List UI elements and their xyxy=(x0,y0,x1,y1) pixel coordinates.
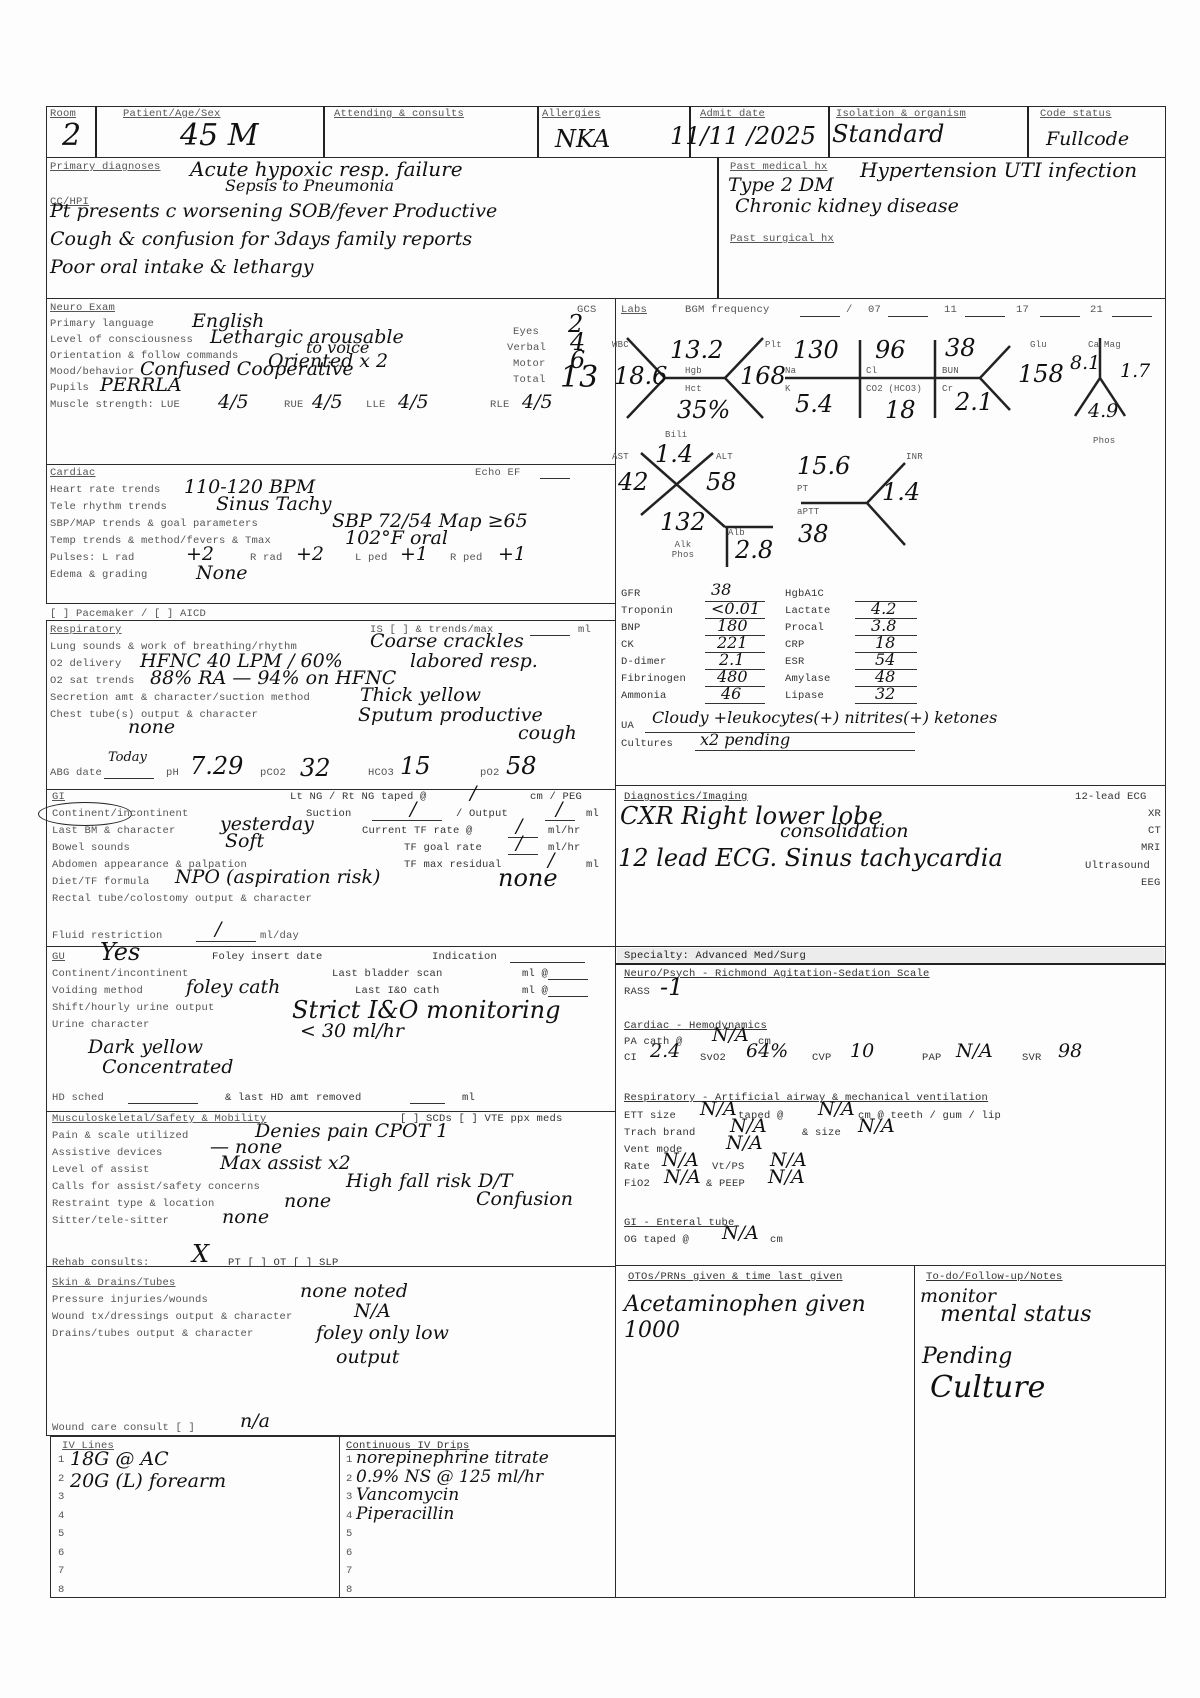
bladder-scan-unit: ml @ xyxy=(522,968,548,980)
ci-value[interactable]: 2.4 xyxy=(650,1040,680,1062)
list-item: 5 xyxy=(346,1526,611,1545)
diagnostics-line3[interactable]: 12 lead ECG. Sinus tachycardia xyxy=(618,844,1003,872)
svr-value[interactable]: 98 xyxy=(1058,1040,1082,1062)
svo2-label: SvO2 xyxy=(700,1052,726,1064)
muscle-strength-label: Muscle strength: LUE xyxy=(50,399,180,411)
tele-value[interactable]: Sinus Tachy xyxy=(216,493,332,515)
resp-airway-title: Respiratory - Artificial airway & mechan… xyxy=(624,1092,988,1104)
todo-line2[interactable]: mental status xyxy=(940,1302,1092,1327)
diagnostics-line2[interactable]: consolidation xyxy=(780,820,909,842)
list-item: 8 xyxy=(58,1582,328,1601)
verbal-label: Verbal xyxy=(507,342,546,354)
total-value[interactable]: 13 xyxy=(560,360,598,395)
motor-label: Motor xyxy=(513,358,546,370)
misc-labs-left: GFR38 Troponin<0.01 BNP180 CK221 D-dimer… xyxy=(621,586,781,705)
cl-value[interactable]: 96 xyxy=(875,336,906,364)
og-taped-label: OG taped @ xyxy=(624,1234,689,1246)
lab-row: Ammonia46 xyxy=(621,688,781,705)
list-item: 220G (L) forearm xyxy=(58,1471,328,1490)
list-item: 7 xyxy=(58,1563,328,1582)
pulses-label: Pulses: L rad xyxy=(50,552,135,564)
specialty-title: Specialty: Advanced Med/Surg xyxy=(624,950,806,962)
plt-label: Plt xyxy=(765,340,782,350)
pap-value[interactable]: N/A xyxy=(956,1040,993,1062)
secretion-value[interactable]: Thick yellow xyxy=(360,684,481,706)
admit-date-value[interactable]: 11/11 /2025 xyxy=(670,122,816,150)
tf-max-unit: ml xyxy=(586,859,599,871)
bladder-scan-label: Last bladder scan xyxy=(332,968,443,980)
list-item: 3 xyxy=(58,1489,328,1508)
allergies-label: Allergies xyxy=(542,108,601,120)
bun-value[interactable]: 38 xyxy=(945,334,976,362)
rehab-pt-checkmark[interactable]: X xyxy=(192,1240,209,1268)
imaging-type-ultrasound[interactable]: Ultrasound xyxy=(1085,860,1150,872)
indication-label: Indication xyxy=(432,951,497,963)
pmh-line1[interactable]: Hypertension UTI infection xyxy=(860,158,1137,182)
temp-label: Temp trends & method/fevers & Tmax xyxy=(50,535,271,547)
trach-size-value[interactable]: N/A xyxy=(858,1115,895,1137)
lab-row: ESR54 xyxy=(785,654,945,671)
ast-label: AST xyxy=(612,452,629,462)
ua-value[interactable]: Cloudy +leukocytes(+) nitrites(+) ketone… xyxy=(652,708,997,727)
rle-label: RLE xyxy=(490,399,510,411)
rass-label: RASS xyxy=(624,986,650,998)
lle-value[interactable]: 4/5 xyxy=(398,391,429,413)
list-item: 4 xyxy=(58,1508,328,1527)
alk-phos-label: Alk Phos xyxy=(668,540,698,560)
k-label: K xyxy=(785,384,791,394)
lue-value[interactable]: 4/5 xyxy=(218,391,249,413)
alt-label: ALT xyxy=(716,452,733,462)
cvp-label: CVP xyxy=(812,1052,832,1064)
gi-title: GI xyxy=(52,791,65,803)
fio2-label: FiO2 xyxy=(624,1178,650,1190)
language-label: Primary language xyxy=(50,318,154,330)
labs-title: Labs xyxy=(621,304,647,316)
assist-level-label: Level of assist xyxy=(52,1164,150,1176)
lab-row: CK221 xyxy=(621,637,781,654)
total-label: Total xyxy=(513,374,546,386)
pt-value[interactable]: 15.6 xyxy=(797,452,850,480)
gi-enteral-title: GI - Enteral tube xyxy=(624,1217,735,1229)
l-ped-label: L ped xyxy=(355,552,388,564)
pacemaker-aicd-label[interactable]: [ ] Pacemaker / [ ] AICD xyxy=(50,608,206,620)
bili-label: Bili xyxy=(665,430,687,440)
aptt-value[interactable]: 38 xyxy=(798,520,829,548)
lab-row: Troponin<0.01 xyxy=(621,603,781,620)
hco3-label: HCO3 xyxy=(368,767,394,779)
ca-value[interactable]: 8.1 xyxy=(1070,352,1100,374)
voiding-value[interactable]: foley cath xyxy=(186,976,280,998)
cc-hpi-line1[interactable]: Pt presents c worsening SOB/fever Produc… xyxy=(50,200,497,222)
na-label: Na xyxy=(785,366,796,376)
iv-drips-list: 1norepinephrine titrate 20.9% NS @ 125 m… xyxy=(346,1452,611,1600)
prn-line2[interactable]: 1000 xyxy=(624,1318,680,1343)
ett-size-label: ETT size xyxy=(624,1110,676,1122)
lab-row: Fibrinogen480 xyxy=(621,671,781,688)
bun-label: BUN xyxy=(942,366,959,376)
ci-label: CI xyxy=(624,1052,637,1064)
drains-label: Drains/tubes output & character xyxy=(52,1328,254,1340)
pco2-value[interactable]: 32 xyxy=(300,754,331,782)
allergies-value[interactable]: NKA xyxy=(555,125,610,153)
pmh-line3[interactable]: Chronic kidney disease xyxy=(735,195,959,217)
foley-date-label: Foley insert date xyxy=(212,951,323,963)
gu-value[interactable]: Yes xyxy=(100,938,140,966)
tf-max-label: TF max residual xyxy=(404,859,502,871)
list-item: 8 xyxy=(346,1582,611,1601)
secretion-value-2[interactable]: Sputum productive xyxy=(358,704,543,726)
og-taped-unit: cm xyxy=(770,1234,783,1246)
hd-sched-label: HD sched xyxy=(52,1092,104,1104)
alb-value[interactable]: 2.8 xyxy=(735,536,773,564)
vent-mode-value[interactable]: N/A xyxy=(726,1132,763,1154)
diet-label: Diet/TF formula xyxy=(52,876,150,888)
glu-value[interactable]: 158 xyxy=(1018,360,1064,388)
imaging-type-mri[interactable]: MRI xyxy=(1141,842,1161,854)
urine-character-value[interactable]: Dark yellow xyxy=(88,1036,203,1058)
abg-date-value[interactable]: Today xyxy=(108,750,147,765)
hgb-value[interactable]: 13.2 xyxy=(670,336,723,364)
list-item: 118G @ AC xyxy=(58,1452,328,1471)
ett-taped-value[interactable]: N/A xyxy=(818,1098,855,1120)
rate-label: Rate xyxy=(624,1161,650,1173)
patient-value[interactable]: 45 M xyxy=(180,118,258,153)
plt-value[interactable]: 168 xyxy=(740,362,786,390)
pressure-injury-value[interactable]: none noted xyxy=(300,1280,408,1302)
na-value[interactable]: 130 xyxy=(793,336,839,364)
pco2-label: pCO2 xyxy=(260,767,286,779)
ua-label: UA xyxy=(621,720,634,732)
cr-value[interactable]: 2.1 xyxy=(955,388,993,416)
neuro-title: Neuro Exam xyxy=(50,302,115,314)
cvp-value[interactable]: 10 xyxy=(850,1040,874,1062)
l-ped-value[interactable]: +1 xyxy=(400,543,428,565)
pressure-injury-label: Pressure injuries/wounds xyxy=(52,1294,208,1306)
diet-value[interactable]: NPO (aspiration risk) xyxy=(175,866,380,888)
inr-label: INR xyxy=(906,452,923,462)
pt-label: PT xyxy=(797,484,808,494)
hco3-value[interactable]: 15 xyxy=(400,752,431,780)
cl-label: Cl xyxy=(866,366,877,376)
trach-brand-label: Trach brand xyxy=(624,1127,696,1139)
urine-character-label: Urine character xyxy=(52,1019,150,1031)
fluid-restriction-slash[interactable]: / xyxy=(215,918,221,940)
list-item: 5 xyxy=(58,1526,328,1545)
chest-tube-value[interactable]: none xyxy=(128,716,175,738)
assist-level-value[interactable]: Max assist x2 xyxy=(220,1152,351,1174)
pain-value[interactable]: Denies pain CPOT 1 xyxy=(255,1120,448,1142)
alk-phos-value[interactable]: 132 xyxy=(660,508,706,536)
lung-sounds-value[interactable]: Coarse crackles xyxy=(370,630,524,652)
lab-row: Lipase32 xyxy=(785,688,945,705)
edema-label: Edema & grading xyxy=(50,569,148,581)
cultures-label: Cultures xyxy=(621,738,673,750)
bgm-label: BGM frequency xyxy=(685,304,770,316)
attending-label: Attending & consults xyxy=(334,108,464,120)
bgm-time-11: 11 xyxy=(944,304,957,316)
cardiac-title: Cardiac xyxy=(50,467,96,479)
list-item: 7 xyxy=(346,1563,611,1582)
hd-removed-label: & last HD amt removed xyxy=(225,1092,362,1104)
ph-label: pH xyxy=(166,767,179,779)
lab-row: Procal3.8 xyxy=(785,620,945,637)
rectal-tube-label: Rectal tube/colostomy output & character xyxy=(52,893,312,905)
gi-continent-label[interactable]: Continent/incontinent xyxy=(52,808,189,820)
phos-value[interactable]: 4.9 xyxy=(1088,400,1118,422)
tf-rate-label: Current TF rate @ xyxy=(362,825,473,837)
tf-goal-label: TF goal rate xyxy=(404,842,482,854)
edema-value[interactable]: None xyxy=(196,562,248,584)
phos-label: Phos xyxy=(1093,436,1115,446)
imaging-type-ct[interactable]: CT xyxy=(1148,825,1161,837)
temp-value[interactable]: 102°F oral xyxy=(345,527,448,549)
urine-output-label: Shift/hourly urine output xyxy=(52,1002,215,1014)
suction-slash[interactable]: / xyxy=(410,798,416,820)
imaging-type-12-lead-ecg[interactable]: 12-lead ECG xyxy=(1075,791,1147,803)
ng-tube-label: Lt NG / Rt NG taped @ xyxy=(290,791,427,803)
trach-size-label: & size xyxy=(802,1127,841,1139)
nursing-report-sheet: Room 2 Patient/Age/Sex 45 M Attending & … xyxy=(0,0,1200,1698)
psh-label: Past surgical hx xyxy=(730,233,834,245)
aptt-label: aPTT xyxy=(797,507,819,517)
o2-delivery-label: O2 delivery xyxy=(50,658,122,670)
musculo-title: Musculoskeletal/Safety & Mobility xyxy=(52,1113,267,1125)
wound-care-consult-label[interactable]: Wound care consult [ ] xyxy=(52,1422,195,1434)
bgm-time-07: 07 xyxy=(868,304,881,316)
pupils-value[interactable]: PERRLA xyxy=(100,374,182,396)
primary-diagnosis-label: Primary diagnoses xyxy=(50,161,161,173)
todo-line3[interactable]: Pending xyxy=(922,1344,1012,1369)
svo2-value[interactable]: 64% xyxy=(746,1040,788,1062)
co2-label: CO2 (HCO3) xyxy=(866,384,922,394)
imaging-type-xr[interactable]: XR xyxy=(1148,808,1161,820)
lab-row: CRP18 xyxy=(785,637,945,654)
lab-row: HgbA1C xyxy=(785,586,945,603)
output-label: / Output xyxy=(456,808,508,820)
imaging-type-eeg[interactable]: EEG xyxy=(1141,877,1161,889)
loc-label: Level of consciousness xyxy=(50,334,193,346)
sitter-label: Sitter/tele-sitter xyxy=(52,1215,169,1227)
secretion-label: Secretion amt & character/suction method xyxy=(50,692,310,704)
k-value[interactable]: 5.4 xyxy=(795,390,833,418)
r-ped-label: R ped xyxy=(450,552,483,564)
echo-ef-label: Echo EF xyxy=(475,467,521,479)
drains-value-2[interactable]: output xyxy=(336,1346,399,1368)
peep-label: & PEEP xyxy=(706,1178,745,1190)
tele-label: Tele rhythm trends xyxy=(50,501,167,513)
calls-value-2[interactable]: Confusion xyxy=(476,1188,573,1210)
ng-tube-slash[interactable]: / xyxy=(470,782,476,804)
po2-label: pO2 xyxy=(480,767,500,779)
wound-tx-value[interactable]: N/A xyxy=(354,1300,391,1322)
peep-value[interactable]: N/A xyxy=(768,1166,805,1188)
restraint-value[interactable]: none xyxy=(284,1190,331,1212)
list-item: 6 xyxy=(58,1545,328,1564)
list-item: 6 xyxy=(346,1545,611,1564)
rle-value[interactable]: 4/5 xyxy=(522,391,553,413)
pap-label: PAP xyxy=(922,1052,942,1064)
diet-note[interactable]: none xyxy=(498,864,558,892)
r-rad-value[interactable]: +2 xyxy=(296,543,324,565)
pain-label: Pain & scale utilized xyxy=(52,1130,189,1142)
ca-label: Ca xyxy=(1088,340,1099,350)
isolation-value[interactable]: Standard xyxy=(832,120,944,148)
output-unit: ml xyxy=(586,808,599,820)
r-rad-label: R rad xyxy=(250,552,283,564)
co2-value[interactable]: 18 xyxy=(885,396,916,424)
cc-hpi-line2[interactable]: Cough & confusion for 3days family repor… xyxy=(50,228,472,250)
tf-rate-unit: ml/hr xyxy=(548,825,581,837)
hd-removed-unit: ml xyxy=(462,1092,475,1104)
bgm-time-17: 17 xyxy=(1016,304,1029,316)
bgm-time-21: 21 xyxy=(1090,304,1103,316)
pa-cath-value[interactable]: N/A xyxy=(712,1024,749,1046)
last-bm-value-2[interactable]: Soft xyxy=(225,830,264,852)
ph-value[interactable]: 7.29 xyxy=(190,752,243,780)
fio2-value[interactable]: N/A xyxy=(664,1166,701,1188)
hgb-label: Hgb xyxy=(685,366,702,376)
hct-value[interactable]: 35% xyxy=(677,396,730,424)
inr-value[interactable]: 1.4 xyxy=(882,478,920,506)
voiding-label: Voiding method xyxy=(52,985,143,997)
svr-label: SVR xyxy=(1022,1052,1042,1064)
wbc-label: WBC xyxy=(612,340,629,350)
mag-value[interactable]: 1.7 xyxy=(1120,360,1150,382)
alt-value[interactable]: 58 xyxy=(706,468,737,496)
wound-care-consult-value[interactable]: n/a xyxy=(240,1410,270,1432)
urine-output-value-2[interactable]: < 30 ml/hr xyxy=(300,1020,404,1042)
admit-date-label: Admit date xyxy=(700,108,765,120)
list-item: 4Piperacillin xyxy=(346,1508,611,1527)
secretion-value-3[interactable]: cough xyxy=(518,722,577,744)
urine-character-value-2[interactable]: Concentrated xyxy=(102,1056,233,1078)
o2-sat-label: O2 sat trends xyxy=(50,675,135,687)
prn-line1[interactable]: Acetaminophen given xyxy=(624,1292,866,1317)
pupils-label: Pupils xyxy=(50,382,89,394)
cultures-value[interactable]: x2 pending xyxy=(700,730,790,749)
tf-goal-slash[interactable]: / xyxy=(516,832,522,854)
hct-label: Hct xyxy=(685,384,702,394)
glu-label: Glu xyxy=(1030,340,1047,350)
is-unit: ml xyxy=(578,624,591,636)
rue-label: RUE xyxy=(284,399,304,411)
lab-row: Lactate4.2 xyxy=(785,603,945,620)
misc-labs-right: HgbA1C Lactate4.2 Procal3.8 CRP18 ESR54 … xyxy=(785,586,945,705)
hr-label: Heart rate trends xyxy=(50,484,161,496)
respiratory-title: Respiratory xyxy=(50,624,122,636)
todo-title: To-do/Follow-up/Notes xyxy=(926,1271,1063,1283)
bili-value[interactable]: 1.4 xyxy=(655,440,693,468)
sitter-value[interactable]: none xyxy=(222,1206,269,1228)
mag-label: Mag xyxy=(1104,340,1121,350)
rue-value[interactable]: 4/5 xyxy=(312,391,343,413)
output-slash[interactable]: / xyxy=(556,798,562,820)
calls-label: Calls for assist/safety concerns xyxy=(52,1181,260,1193)
pmh-line2[interactable]: Type 2 DM xyxy=(728,174,834,196)
iv-lines-list: 118G @ AC 220G (L) forearm 3 4 5 6 7 8 xyxy=(58,1452,328,1600)
assistive-label: Assistive devices xyxy=(52,1147,163,1159)
rass-value[interactable]: -1 xyxy=(660,973,683,1001)
primary-diagnosis-line2[interactable]: Sepsis to Pneumonia xyxy=(225,176,394,195)
lab-row: Amylase48 xyxy=(785,671,945,688)
po2-value[interactable]: 58 xyxy=(506,752,537,780)
bowel-sounds-label: Bowel sounds xyxy=(52,842,130,854)
prn-title: OTOs/PRNs given & time last given xyxy=(628,1271,843,1283)
skin-title: Skin & Drains/Tubes xyxy=(52,1277,176,1289)
code-status-label: Code status xyxy=(1040,108,1112,120)
vt-ps-label: Vt/PS xyxy=(712,1161,745,1173)
og-taped-value[interactable]: N/A xyxy=(722,1222,759,1244)
todo-line4[interactable]: Culture xyxy=(930,1370,1045,1405)
abg-date-label: ABG date xyxy=(50,767,102,779)
wound-tx-label: Wound tx/dressings output & character xyxy=(52,1311,293,1323)
drains-value[interactable]: foley only low xyxy=(316,1322,449,1344)
fluid-restriction-unit: ml/day xyxy=(260,930,299,942)
wbc-value[interactable]: 18.6 xyxy=(614,362,667,390)
restraint-label: Restraint type & location xyxy=(52,1198,215,1210)
lle-label: LLE xyxy=(366,399,386,411)
isolation-label: Isolation & organism xyxy=(836,108,966,120)
pmh-label: Past medical hx xyxy=(730,161,828,173)
gu-title: GU xyxy=(52,951,65,963)
room-value[interactable]: 2 xyxy=(62,118,81,153)
eyes-label: Eyes xyxy=(513,326,539,338)
cr-label: Cr xyxy=(942,384,953,394)
gu-continent-label: Continent/incontinent xyxy=(52,968,189,980)
ast-value[interactable]: 42 xyxy=(618,468,649,496)
cc-hpi-line3[interactable]: Poor oral intake & lethargy xyxy=(50,256,314,278)
sbp-map-label: SBP/MAP trends & goal parameters xyxy=(50,518,258,530)
r-ped-value[interactable]: +1 xyxy=(498,543,526,565)
lung-sounds-value-2[interactable]: labored resp. xyxy=(410,650,538,672)
last-bm-label: Last BM & character xyxy=(52,825,176,837)
code-status-value[interactable]: Fullcode xyxy=(1046,128,1129,150)
lab-row: D-dimer2.1 xyxy=(621,654,781,671)
lab-row: BNP180 xyxy=(621,620,781,637)
